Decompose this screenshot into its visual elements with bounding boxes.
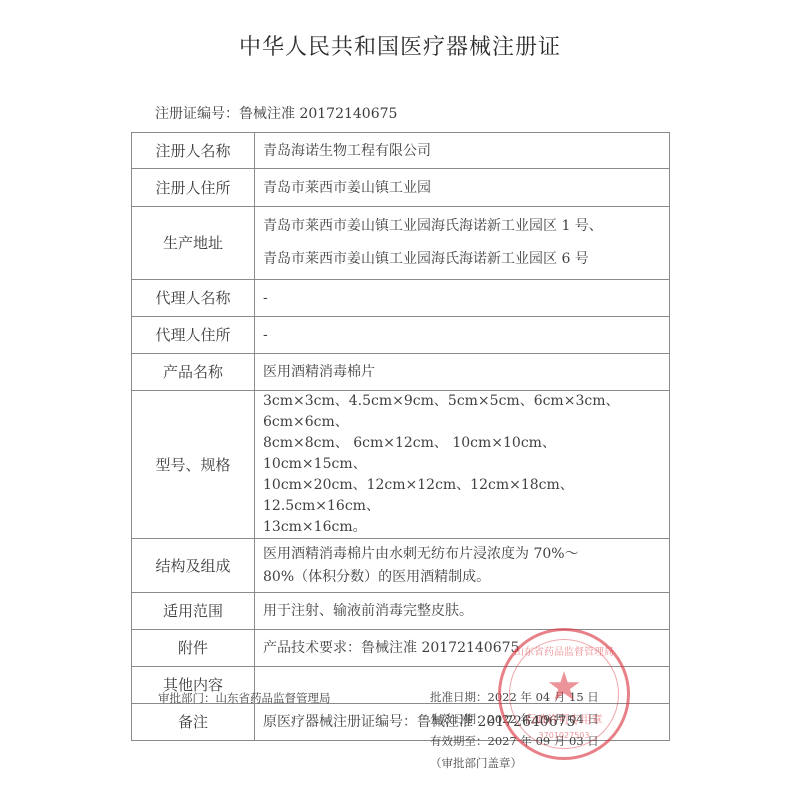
value-line: 用于注射、输液前消毒完整皮肤。 bbox=[263, 601, 661, 621]
table-row: 注册人名称 青岛海诺生物工程有限公司 bbox=[132, 133, 670, 169]
row-value: - bbox=[255, 280, 670, 317]
row-value: 医用酒精消毒棉片 bbox=[255, 354, 670, 391]
row-value: 青岛市莱西市姜山镇工业园海氏海诺新工业园区 1 号、 青岛市莱西市姜山镇工业园海… bbox=[255, 207, 670, 280]
valid-until-date: 有效期至：2027 年 09 月 03 日 bbox=[430, 732, 599, 754]
row-value: 医用酒精消毒棉片由水刺无纺布片浸浓度为 70%～ 80%（体积分数）的医用酒精制… bbox=[255, 539, 670, 593]
value-line: 8cm×8cm、 6cm×12cm、 10cm×10cm、 10cm×15cm、 bbox=[263, 433, 661, 475]
row-value: 青岛市莱西市姜山镇工业园 bbox=[255, 169, 670, 207]
row-label: 注册人名称 bbox=[132, 133, 255, 169]
value-line: 3cm×3cm、4.5cm×9cm、5cm×5cm、6cm×3cm、6cm×6c… bbox=[263, 391, 661, 433]
seal-note: （审批部门盖章） bbox=[430, 754, 599, 776]
value-line: 青岛市莱西市姜山镇工业园海氏海诺新工业园区 6 号 bbox=[263, 243, 661, 276]
table-row: 注册人住所 青岛市莱西市姜山镇工业园 bbox=[132, 169, 670, 207]
value-line: 医用酒精消毒棉片 bbox=[263, 362, 661, 382]
registration-number-line: 注册证编号：鲁械注准 20172140675 bbox=[155, 103, 397, 123]
value-line: - bbox=[263, 325, 661, 345]
row-label: 代理人名称 bbox=[132, 280, 255, 317]
row-label: 型号、规格 bbox=[132, 391, 255, 539]
value-line: 医用酒精消毒棉片由水刺无纺布片浸浓度为 70%～ bbox=[263, 543, 661, 566]
row-value: 3cm×3cm、4.5cm×9cm、5cm×5cm、6cm×3cm、6cm×6c… bbox=[255, 391, 670, 539]
table-row: 代理人住所 - bbox=[132, 317, 670, 354]
approval-date: 批准日期：2022 年 04 月 15 日 bbox=[430, 688, 599, 710]
row-value: 产品技术要求：鲁械注准 20172140675 bbox=[255, 630, 670, 667]
value-line: 青岛市莱西市姜山镇工业园海氏海诺新工业园区 1 号、 bbox=[263, 210, 661, 243]
value-line: 10cm×20cm、12cm×12cm、12cm×18cm、12.5cm×16c… bbox=[263, 475, 661, 517]
certificate-table: 注册人名称 青岛海诺生物工程有限公司 注册人住所 青岛市莱西市姜山镇工业园 生产… bbox=[131, 132, 670, 741]
value-line: 13cm×16cm。 bbox=[263, 517, 661, 538]
row-label: 适用范围 bbox=[132, 593, 255, 630]
value-line: 80%（体积分数）的医用酒精制成。 bbox=[263, 566, 661, 589]
row-value: - bbox=[255, 317, 670, 354]
value-line: 产品技术要求：鲁械注准 20172140675 bbox=[263, 638, 661, 658]
row-label: 产品名称 bbox=[132, 354, 255, 391]
value-line: - bbox=[263, 288, 661, 308]
row-label: 生产地址 bbox=[132, 207, 255, 280]
registration-number-label: 注册证编号： bbox=[155, 106, 239, 122]
row-label: 代理人住所 bbox=[132, 317, 255, 354]
table-row: 产品名称 医用酒精消毒棉片 bbox=[132, 354, 670, 391]
table-row: 附件 产品技术要求：鲁械注准 20172140675 bbox=[132, 630, 670, 667]
table-row: 型号、规格 3cm×3cm、4.5cm×9cm、5cm×5cm、6cm×3cm、… bbox=[132, 391, 670, 539]
registration-number: 鲁械注准 20172140675 bbox=[239, 106, 397, 122]
row-value: 青岛海诺生物工程有限公司 bbox=[255, 133, 670, 169]
row-label: 结构及组成 bbox=[132, 539, 255, 593]
approval-department: 审批部门：山东省药品监督管理局 bbox=[158, 690, 331, 706]
row-label: 注册人住所 bbox=[132, 169, 255, 207]
table-row: 结构及组成 医用酒精消毒棉片由水刺无纺布片浸浓度为 70%～ 80%（体积分数）… bbox=[132, 539, 670, 593]
row-label: 备注 bbox=[132, 704, 255, 741]
effective-date: 生效日期：2022 年 09 月 04 日 bbox=[430, 710, 599, 732]
row-value: 用于注射、输液前消毒完整皮肤。 bbox=[255, 593, 670, 630]
date-block: 批准日期：2022 年 04 月 15 日 生效日期：2022 年 09 月 0… bbox=[430, 688, 599, 776]
value-line: 青岛市莱西市姜山镇工业园 bbox=[263, 178, 661, 198]
table-row: 适用范围 用于注射、输液前消毒完整皮肤。 bbox=[132, 593, 670, 630]
table-row: 生产地址 青岛市莱西市姜山镇工业园海氏海诺新工业园区 1 号、 青岛市莱西市姜山… bbox=[132, 207, 670, 280]
value-line: 青岛海诺生物工程有限公司 bbox=[263, 141, 661, 161]
document-title: 中华人民共和国医疗器械注册证 bbox=[0, 30, 800, 61]
row-label: 附件 bbox=[132, 630, 255, 667]
table-row: 代理人名称 - bbox=[132, 280, 670, 317]
